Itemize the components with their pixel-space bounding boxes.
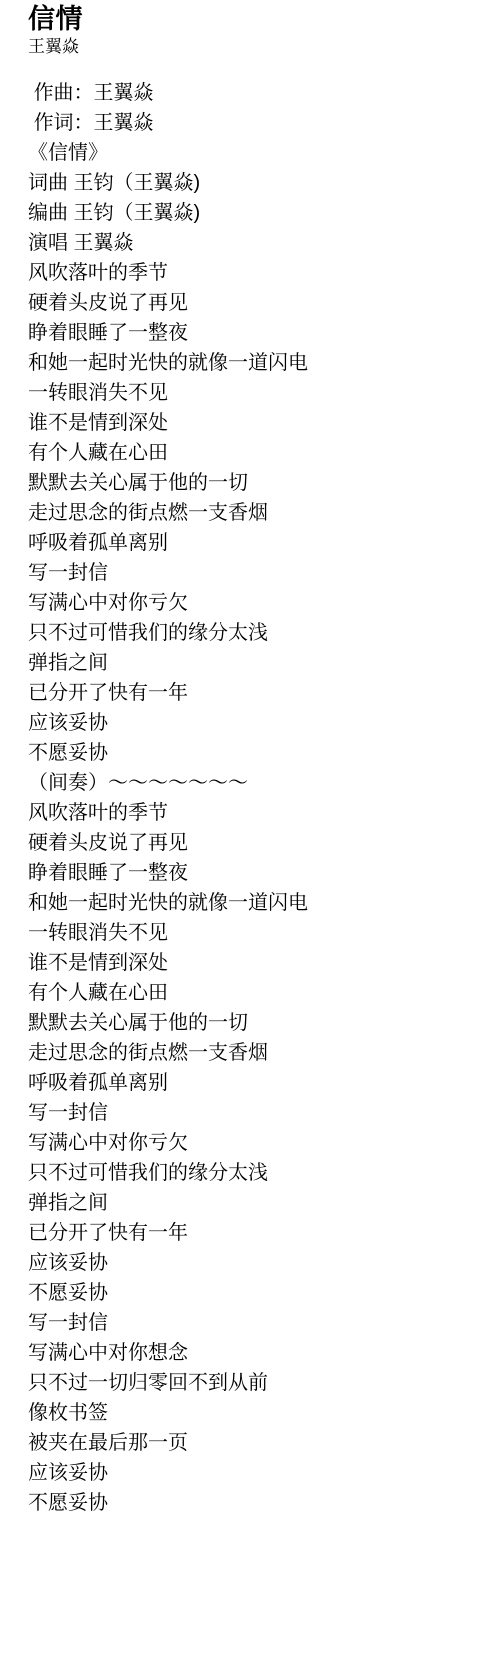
lyric-line: 不愿妥协 — [28, 1488, 490, 1518]
lyric-line: 只不过一切归零回不到从前 — [28, 1368, 490, 1398]
lyric-line: 只不过可惜我们的缘分太浅 — [28, 1158, 490, 1188]
lyric-line: 一转眼消失不见 — [28, 918, 490, 948]
song-title: 信情 — [28, 2, 490, 36]
lyric-line: 作词：王翼焱 — [28, 108, 490, 138]
lyrics-block: 作曲：王翼焱 作词：王翼焱《信情》词曲 王钧（王翼焱)编曲 王钧（王翼焱)演唱 … — [28, 78, 490, 1518]
lyric-line: 硬着头皮说了再见 — [28, 828, 490, 858]
lyric-line: 编曲 王钧（王翼焱) — [28, 198, 490, 228]
lyric-line: 呼吸着孤单离别 — [28, 1068, 490, 1098]
lyric-line: 写满心中对你亏欠 — [28, 588, 490, 618]
lyric-line: 睁着眼睡了一整夜 — [28, 858, 490, 888]
lyric-line: 《信情》 — [28, 138, 490, 168]
lyric-line: 应该妥协 — [28, 1248, 490, 1278]
lyric-line: 走过思念的街点燃一支香烟 — [28, 1038, 490, 1068]
lyric-line: 默默去关心属于他的一切 — [28, 1008, 490, 1038]
lyric-line: （间奏）～～～～～～～ — [28, 768, 490, 798]
lyric-line: 有个人藏在心田 — [28, 438, 490, 468]
lyric-line: 词曲 王钧（王翼焱) — [28, 168, 490, 198]
lyric-line: 演唱 王翼焱 — [28, 228, 490, 258]
lyric-line: 不愿妥协 — [28, 738, 490, 768]
lyric-line: 有个人藏在心田 — [28, 978, 490, 1008]
lyric-line: 写一封信 — [28, 558, 490, 588]
lyric-line: 一转眼消失不见 — [28, 378, 490, 408]
lyric-line: 写满心中对你亏欠 — [28, 1128, 490, 1158]
lyric-line: 写满心中对你想念 — [28, 1338, 490, 1368]
lyric-line: 弹指之间 — [28, 648, 490, 678]
lyric-line: 硬着头皮说了再见 — [28, 288, 490, 318]
lyric-line: 应该妥协 — [28, 1458, 490, 1488]
lyric-line: 呼吸着孤单离别 — [28, 528, 490, 558]
lyrics-page: 信情 王翼焱 作曲：王翼焱 作词：王翼焱《信情》词曲 王钧（王翼焱)编曲 王钧（… — [0, 0, 500, 1518]
lyric-line: 已分开了快有一年 — [28, 1218, 490, 1248]
lyric-line: 谁不是情到深处 — [28, 948, 490, 978]
lyric-line: 睁着眼睡了一整夜 — [28, 318, 490, 348]
lyric-line: 只不过可惜我们的缘分太浅 — [28, 618, 490, 648]
lyric-line: 风吹落叶的季节 — [28, 258, 490, 288]
lyric-line: 写一封信 — [28, 1308, 490, 1338]
artist-name: 王翼焱 — [28, 36, 490, 58]
lyric-line: 作曲：王翼焱 — [28, 78, 490, 108]
lyric-line: 走过思念的街点燃一支香烟 — [28, 498, 490, 528]
lyric-line: 写一封信 — [28, 1098, 490, 1128]
lyric-line: 被夹在最后那一页 — [28, 1428, 490, 1458]
lyric-line: 像枚书签 — [28, 1398, 490, 1428]
lyric-line: 风吹落叶的季节 — [28, 798, 490, 828]
lyric-line: 谁不是情到深处 — [28, 408, 490, 438]
lyric-line: 默默去关心属于他的一切 — [28, 468, 490, 498]
lyric-line: 应该妥协 — [28, 708, 490, 738]
lyric-line: 和她一起时光快的就像一道闪电 — [28, 888, 490, 918]
lyric-line: 不愿妥协 — [28, 1278, 490, 1308]
lyric-line: 弹指之间 — [28, 1188, 490, 1218]
lyric-line: 已分开了快有一年 — [28, 678, 490, 708]
lyric-line: 和她一起时光快的就像一道闪电 — [28, 348, 490, 378]
